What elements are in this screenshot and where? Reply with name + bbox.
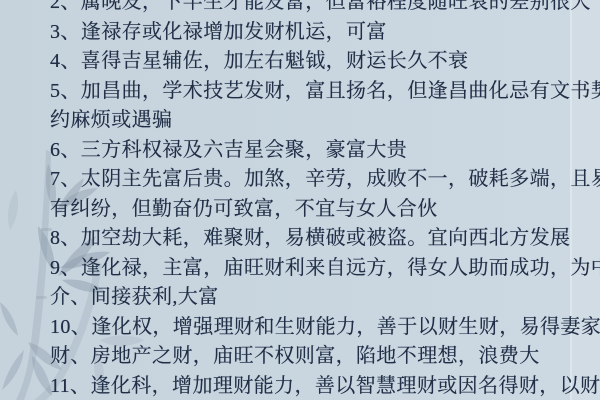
text-line-item-9-cont: 介、间接获利,大富 bbox=[50, 283, 600, 313]
text-line-item-11: 11、逢化科，增加理财能力，善以智慧理财或因名得财，以财生 bbox=[50, 372, 600, 400]
text-line-item-7-cont: 有纠纷，但勤奋仍可致富，不宜与女人合伙 bbox=[50, 195, 600, 225]
text-block: 2、属晚发，下半生才能发富，但富裕程度随旺衰的差别很大 3、逢禄存或化禄增加发财… bbox=[50, 0, 600, 400]
document-page: 2、属晚发，下半生才能发富，但富裕程度随旺衰的差别很大 3、逢禄存或化禄增加发财… bbox=[0, 0, 600, 400]
text-line-item-4: 4、喜得吉星辅佐，加左右魁钺，财运长久不衰 bbox=[50, 47, 600, 77]
text-line-item-6: 6、三方科权禄及六吉星会聚，豪富大贵 bbox=[50, 136, 600, 166]
text-line-item-10: 10、逢化权，增强理财和生财能力，善于以财生财，易得妻家 bbox=[50, 313, 600, 343]
text-line-item-5: 5、加昌曲，学术技艺发财，富且扬名，但逢昌曲化忌有文书契 bbox=[50, 77, 600, 107]
text-line-item-10-cont: 财、房地产之财，庙旺不权则富，陷地不理想，浪费大 bbox=[50, 342, 600, 372]
text-line-item-9: 9、逢化禄，主富，庙旺财利来自远方，得女人助而成功，为中 bbox=[50, 254, 600, 284]
text-line-item-7: 7、太阴主先富后贵。加煞，辛劳，成败不一，破耗多端，且易 bbox=[50, 165, 600, 195]
text-line-item-8: 8、加空劫大耗，难聚财，易横破或被盗。宜向西北方发展 bbox=[50, 224, 600, 254]
text-line-item-3: 3、逢禄存或化禄增加发财机运，可富 bbox=[50, 18, 600, 48]
text-line-item-2: 2、属晚发，下半生才能发富，但富裕程度随旺衰的差别很大 bbox=[50, 0, 600, 18]
text-line-item-5-cont: 约麻烦或遇骗 bbox=[50, 106, 600, 136]
